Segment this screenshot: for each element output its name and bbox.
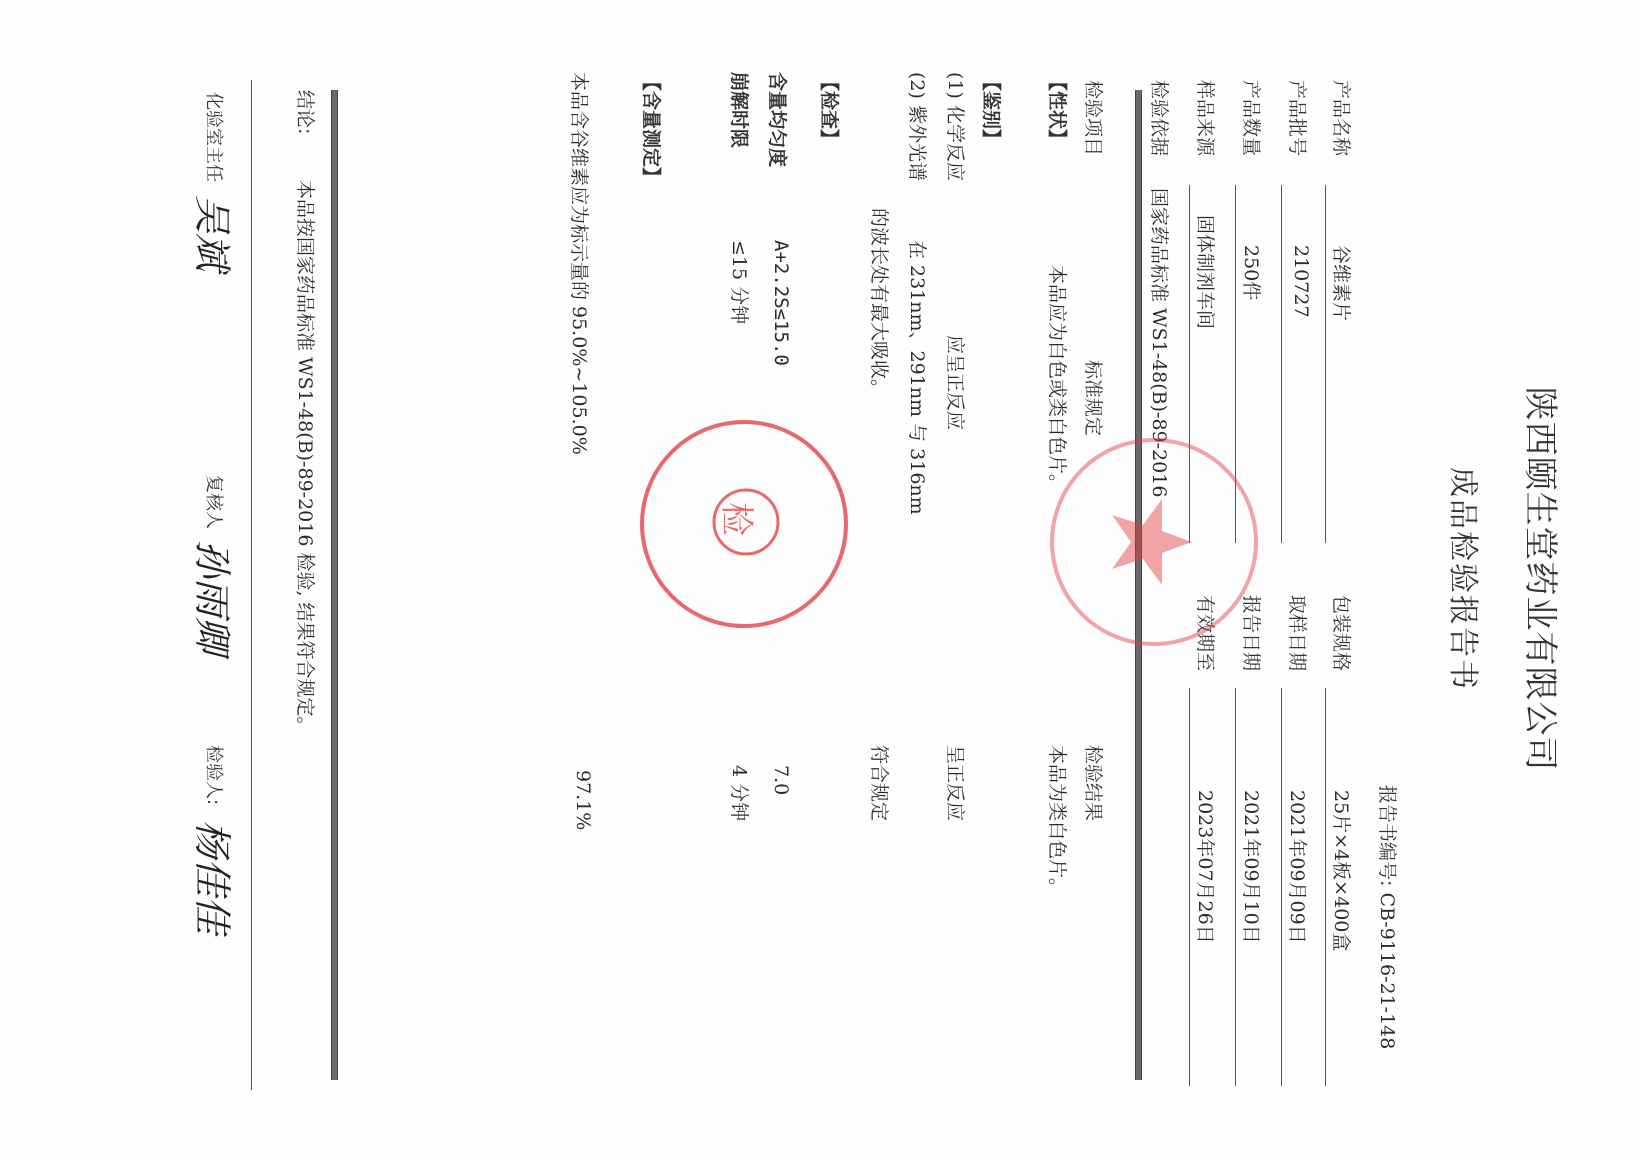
- source-label: 样品来源: [1193, 80, 1220, 156]
- column-item-header: 检验项目: [1081, 80, 1108, 156]
- company-name: 陕西颐生堂药业有限公司: [1519, 0, 1568, 1158]
- inspection-item-standard: A+2.2S≤15.0: [770, 240, 792, 366]
- sampling-date-label: 取样日期: [1285, 595, 1312, 671]
- section-inspection-title: 【检查】: [817, 72, 844, 148]
- inspection-item-name: 含量均匀度: [765, 72, 792, 167]
- packing-value: 25片×4板×400盒: [1329, 790, 1356, 951]
- batch-label: 产品批号: [1285, 80, 1312, 156]
- product-name-value: 谷维素片: [1329, 245, 1356, 321]
- inspector-label: 检验人:: [202, 745, 228, 805]
- identification-item-name: (2) 紫外光谱: [905, 72, 932, 181]
- packing-underline: [1325, 688, 1326, 1086]
- inspection-item-result: 7.0: [770, 765, 792, 795]
- report-number-value: CB-9116-21-148: [1376, 892, 1398, 1049]
- valid-until-underline: [1189, 688, 1190, 1086]
- section-identification-title: 【鉴别】: [979, 72, 1006, 148]
- conclusion-divider: [331, 90, 338, 1080]
- identification-item-result: 呈正反应: [943, 745, 970, 821]
- inspection-report-page: 陕西颐生堂药业有限公司 成品检验报告书 报告书编号: CB-9116-21-14…: [0, 0, 1638, 1158]
- assay-standard: 本品含谷维素应为标示量的 95.0%~105.0%: [567, 72, 594, 455]
- assay-result: 97.1%: [572, 770, 594, 830]
- identification-item-standard-cont: 的波长处有最大吸收。: [867, 208, 894, 398]
- inspection-item-result: 4 分钟: [727, 765, 754, 821]
- report-number: 报告书编号: CB-9116-21-148: [1375, 785, 1402, 1049]
- batch-value: 210727: [1290, 245, 1312, 318]
- batch-underline: [1281, 185, 1282, 543]
- inspection-item-name: 崩解时限: [727, 72, 754, 148]
- section-assay-title: 【含量测定】: [639, 72, 666, 186]
- inspection-item-standard: ≤15 分钟: [727, 240, 754, 324]
- product-name-underline: [1325, 185, 1326, 543]
- quantity-value: 250件: [1239, 245, 1266, 300]
- signature-divider: [251, 80, 252, 1090]
- identification-item-result: 符合规定: [867, 745, 894, 821]
- identification-item-name: (1) 化学反应: [943, 72, 970, 181]
- appearance-result: 本品为类白色片。: [1045, 745, 1072, 897]
- conclusion-text: 本品按国家药品标准 WS1-48(B)-89-2016 检验, 结果符合规定。: [293, 180, 320, 736]
- inspector-signature: 杨佳佳: [188, 820, 243, 934]
- valid-until-value: 2023年07月26日: [1193, 790, 1220, 944]
- sampling-date-underline: [1281, 688, 1282, 1086]
- report-date-underline: [1235, 688, 1236, 1086]
- star-icon: [1054, 442, 1254, 642]
- quantity-label: 产品数量: [1239, 80, 1266, 156]
- column-result-header: 检验结果: [1081, 745, 1108, 821]
- sampling-date-value: 2021年09月09日: [1285, 790, 1312, 944]
- reviewer-label: 复核人: [202, 475, 228, 529]
- report-number-label: 报告书编号:: [1376, 785, 1398, 886]
- lab-director-signature: 吴斌: [188, 195, 243, 271]
- company-seal-stamp: [1050, 438, 1258, 646]
- product-name-label: 产品名称: [1329, 80, 1356, 156]
- quality-inspection-stamp: 检: [640, 420, 848, 628]
- reviewer-signature: 孙雨卿: [188, 540, 243, 654]
- section-appearance-title: 【性状】: [1045, 72, 1072, 148]
- identification-item-standard: 应呈正反应: [943, 335, 970, 430]
- basis-label: 检验依据: [1147, 80, 1174, 156]
- stamp-center-character: 检: [715, 502, 764, 536]
- column-standard-header: 标准规定: [1081, 360, 1108, 436]
- conclusion-label: 结论:: [293, 90, 320, 134]
- packing-label: 包装规格: [1329, 595, 1356, 671]
- report-title: 成品检验报告书: [1444, 0, 1488, 1158]
- report-date-value: 2021年09月10日: [1239, 790, 1266, 944]
- source-value: 固体制剂车间: [1193, 215, 1220, 329]
- lab-director-label: 化验室主任: [202, 92, 228, 182]
- identification-item-standard: 在 231nm、291nm 与 316nm: [905, 240, 932, 515]
